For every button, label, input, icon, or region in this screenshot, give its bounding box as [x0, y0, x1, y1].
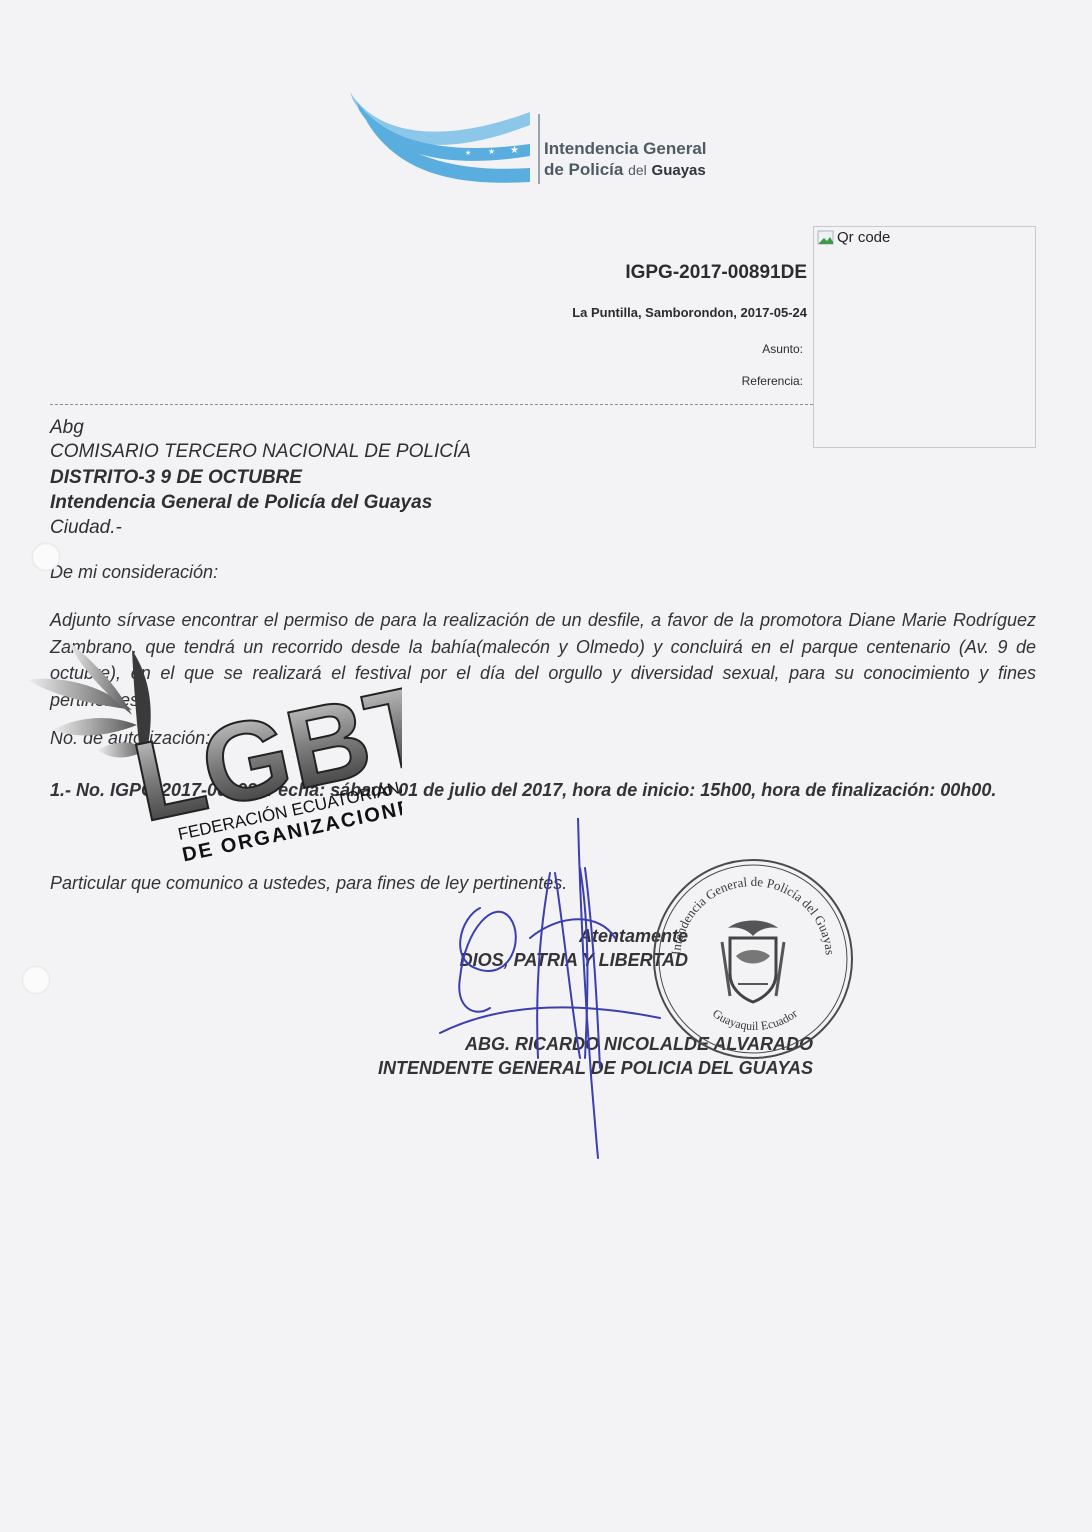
organization-name: Intendencia General de Policía del Guaya… — [544, 138, 707, 181]
addressee-institution: Intendencia General de Policía del Guaya… — [50, 491, 432, 515]
org-name-line1: Intendencia General — [544, 138, 707, 159]
signer-name: ABG. RICARDO NICOLALDE ALVARADO — [200, 1034, 813, 1055]
seal-top-text: Intendencia General de Policía del Guaya… — [668, 874, 838, 956]
org-name-line2-a: de Policía — [544, 160, 623, 179]
letter-closing: Particular que comunico a ustedes, para … — [50, 873, 567, 894]
logo-divider — [538, 114, 540, 184]
addressee-honorific: Abg — [50, 416, 84, 440]
qr-code-placeholder — [813, 226, 1036, 448]
addressee-position: COMISARIO TERCERO NACIONAL DE POLICÍA — [50, 440, 471, 464]
qr-code-alt-text: Qr code — [837, 229, 890, 246]
addressee-district: DISTRITO-3 9 DE OCTUBRE — [50, 466, 302, 490]
qr-code-alt: Qr code — [817, 229, 890, 246]
svg-text:★: ★ — [465, 149, 471, 157]
broken-image-icon — [817, 230, 835, 246]
org-name-line2-c: Guayas — [652, 162, 706, 179]
signoff-motto: DIOS, PATRIA Y LIBERTAD — [300, 950, 688, 971]
authorization-item: 1.- No. IGPG-2017-00893, Fecha: sábado 0… — [50, 779, 1036, 802]
watermark-line2: DE ORGANIZACIONES — [180, 793, 402, 867]
signoff-attentive: Atentamente — [400, 926, 688, 947]
reference-label: Referencia: — [742, 374, 803, 388]
svg-text:Guayaquil Ecuador: Guayaquil Ecuador — [710, 1006, 800, 1033]
svg-text:Intendencia General de Policía: Intendencia General de Policía del Guaya… — [668, 874, 838, 956]
seal-bottom-text: Guayaquil Ecuador — [710, 1006, 800, 1033]
handwritten-signature-icon — [420, 818, 680, 1163]
punch-hole — [32, 543, 60, 571]
addressee-city: Ciudad.- — [50, 516, 122, 540]
svg-text:★: ★ — [488, 147, 495, 156]
svg-text:★: ★ — [510, 145, 519, 156]
letter-greeting: De mi consideración: — [50, 562, 218, 583]
subject-label: Asunto: — [762, 342, 803, 356]
letter-body-paragraph: Adjunto sírvase encontrar el permiso de … — [50, 607, 1036, 713]
punch-hole — [22, 966, 50, 994]
signer-title: INTENDENTE GENERAL DE POLICIA DEL GUAYAS — [200, 1058, 813, 1079]
org-name-line2-b: del — [628, 162, 647, 178]
document-number: IGPG-2017-00891DE — [625, 262, 807, 284]
header-separator — [50, 404, 813, 405]
authorization-label: No. de autorización: — [50, 728, 210, 749]
ecuador-flag-swoosh-logo-icon: ★ ★ ★ — [345, 92, 535, 192]
document-place-date: La Puntilla, Samborondon, 2017-05-24 — [572, 305, 807, 320]
